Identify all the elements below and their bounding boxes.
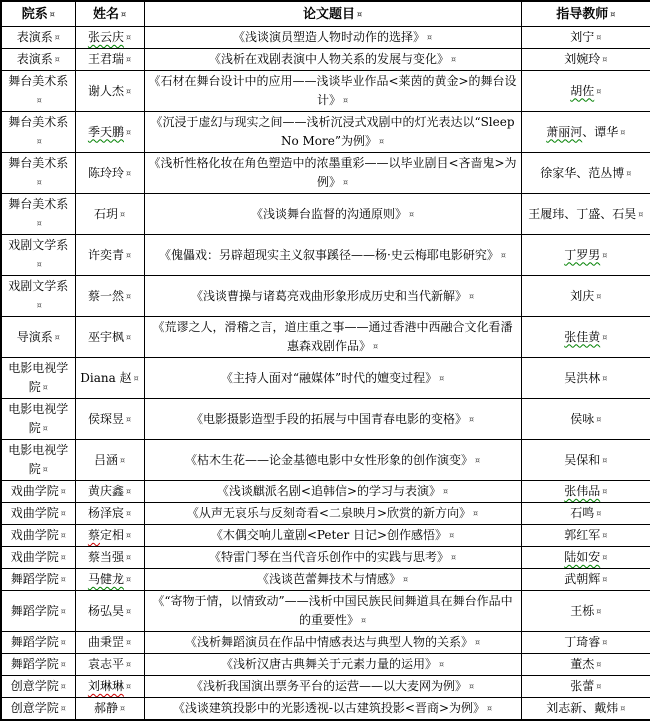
table-row: 舞台美术系谢人杰《石材在舞台设计中的应用——浅谈毕业作品<莱茵的黄金>的舞台设计…: [1, 71, 650, 112]
name-cell: 刘琳琳: [75, 676, 144, 698]
name-cell-text: 袁志平: [88, 657, 131, 671]
advisor-cell: 张佳黄: [521, 317, 650, 358]
advisor-cell-text: 王栎: [570, 604, 601, 618]
advisor-cell: 吴洪林: [521, 358, 650, 399]
advisor-cell: 徐家华、范丛博: [521, 153, 650, 194]
advisor-cell-text: 董杰: [570, 657, 601, 671]
title-cell-text: 《浅谈舞台监督的沟通原则》: [251, 207, 414, 221]
name-cell-text: 马健龙: [88, 572, 131, 586]
name-cell: 石玥: [75, 194, 144, 235]
dept-cell-text: 舞蹈学院: [11, 657, 66, 671]
name-cell: 侯琛昱: [75, 399, 144, 440]
table-row: 创意学院刘琳琳《浅析我国演出票务平台的运营——以大麦网为例》张蕾: [1, 676, 650, 698]
title-cell: 《浅谈芭蕾舞技术与情感》: [144, 569, 521, 591]
spellcheck-red-underline: 蔡: [88, 528, 100, 542]
dept-cell-text: 戏曲学院: [11, 528, 66, 542]
title-cell: 《石材在舞台设计中的应用——浅谈毕业作品<莱茵的黄金>的舞台设计》: [144, 71, 521, 112]
name-cell-text: 王君瑞: [88, 52, 131, 66]
title-cell: 《沉浸于虚幻与现实之间——浅析沉浸式戏剧中的灯光表达以“Sleep No Mor…: [144, 112, 521, 153]
dept-cell-text: 舞台美术系: [8, 74, 68, 107]
advisor-cell: 陆如安: [521, 547, 650, 569]
header-title-label: 论文题目: [303, 7, 362, 22]
advisor-cell-text: 武朝辉: [564, 572, 607, 586]
name-cell-text: 杨泽宸: [88, 506, 131, 520]
dept-cell-text: 舞蹈学院: [11, 572, 66, 586]
spellcheck-green-underline: 张云庆: [88, 30, 124, 44]
header-advisor: 指导教师: [521, 1, 650, 27]
spellcheck-red-underline: 刘琳琳: [88, 679, 124, 693]
title-cell-text: 《浅析性格化妆在角色塑造中的浓墨重彩——以毕业剧目<吝啬鬼>为例》: [148, 156, 516, 189]
title-cell-text: 《木偶交响儿童剧<Peter 日记>创作感悟》: [211, 528, 454, 542]
title-cell-text: 《浅谈麒派名剧<追韩信>的学习与表演》: [217, 484, 448, 498]
name-cell: 谢人杰: [75, 71, 144, 112]
title-cell-text: 《石材在舞台设计中的应用——浅谈毕业作品<莱茵的黄金>的舞台设计》: [148, 74, 516, 107]
dept-cell: 舞蹈学院: [1, 654, 75, 676]
advisor-cell-text: 刘志新、戴炜: [546, 701, 625, 715]
advisor-cell-text: 张伟品: [564, 484, 607, 498]
name-cell-text: Diana 赵: [80, 371, 138, 385]
title-cell: 《荒谬之人，滑稽之言，道庄重之事——通过香港中西融合文化看潘惠森戏剧作品》: [144, 317, 521, 358]
title-cell: 《浅析我国演出票务平台的运营——以大麦网为例》: [144, 676, 521, 698]
name-cell: 季天鹏: [75, 112, 144, 153]
advisor-cell-text: 王履玮、丁盛、石昊: [528, 207, 643, 221]
name-cell-text: 季天鹏: [88, 125, 131, 139]
advisor-cell: 石鸣: [521, 503, 650, 525]
name-cell-text: 石玥: [94, 207, 125, 221]
dept-cell: 戏曲学院: [1, 547, 75, 569]
advisor-cell: 郭红军: [521, 525, 650, 547]
table-row: 舞蹈学院马健龙《浅谈芭蕾舞技术与情感》武朝辉: [1, 569, 650, 591]
title-cell-text: 《浅谈曹操与诸葛亮戏曲形象形成历史和当代新解》: [191, 289, 474, 303]
name-cell: 杨泽宸: [75, 503, 144, 525]
name-cell-text: 刘琳琳: [88, 679, 131, 693]
name-cell: 杨弘昊: [75, 591, 144, 632]
table-row: 戏剧文学系许奕青《傀儡戏：另辟超现实主义叙事蹊径——杨·史云梅耶电影研究》丁罗男: [1, 235, 650, 276]
title-cell: 《“寄物于情，以情致动”——浅析中国民族民间舞道具在舞台作品中的重要性》: [144, 591, 521, 632]
title-cell-text: 《浅析汉唐古典舞关于元素力量的运用》: [221, 657, 444, 671]
name-cell: 巫宇枫: [75, 317, 144, 358]
dept-cell-text: 戏剧文学系: [8, 238, 68, 271]
dept-cell: 舞蹈学院: [1, 591, 75, 632]
dept-cell-text: 表演系: [17, 30, 60, 44]
advisor-cell-text: 丁罗男: [564, 248, 607, 262]
name-cell: 王君瑞: [75, 49, 144, 71]
dept-cell-text: 戏剧文学系: [8, 279, 68, 312]
advisor-cell-text: 张佳黄: [564, 330, 607, 344]
dept-cell: 戏剧文学系: [1, 235, 75, 276]
dept-cell: 导演系: [1, 317, 75, 358]
advisor-cell: 张伟品: [521, 481, 650, 503]
table-row: 表演系张云庆《浅谈演员塑造人物时动作的选择》刘宁: [1, 27, 650, 49]
dept-cell: 戏剧文学系: [1, 276, 75, 317]
advisor-cell-text: 侯咏: [570, 412, 601, 426]
title-cell: 《特雷门琴在当代音乐创作中的实践与思考》: [144, 547, 521, 569]
title-cell: 《傀儡戏：另辟超现实主义叙事蹊径——杨·史云梅耶电影研究》: [144, 235, 521, 276]
header-advisor-label: 指导教师: [556, 7, 615, 22]
title-cell: 《木偶交响儿童剧<Peter 日记>创作感悟》: [144, 525, 521, 547]
title-cell: 《浅析舞蹈演员在作品中情感表达与典型人物的关系》: [144, 632, 521, 654]
advisor-cell: 吴保和: [521, 440, 650, 481]
advisor-cell-text: 刘庆: [570, 289, 601, 303]
header-row: 院系 姓名 论文题目 指导教师: [1, 1, 650, 27]
dept-cell-text: 电影电视学院: [8, 443, 68, 476]
title-cell-text: 《浅谈建筑投影中的光影透视-以古建筑投影<晋商>为例》: [173, 701, 492, 715]
name-cell: 蔡当强: [75, 547, 144, 569]
name-cell: 吕涵: [75, 440, 144, 481]
dept-cell: 电影电视学院: [1, 440, 75, 481]
dept-cell-text: 舞台美术系: [8, 197, 68, 230]
dept-cell-text: 戏曲学院: [11, 484, 66, 498]
advisor-cell: 王履玮、丁盛、石昊: [521, 194, 650, 235]
title-cell: 《浅析在戏剧表演中人物关系的发展与变化》: [144, 49, 521, 71]
title-cell: 《浅谈演员塑造人物时动作的选择》: [144, 27, 521, 49]
table-row: 戏剧文学系蔡一然《浅谈曹操与诸葛亮戏曲形象形成历史和当代新解》刘庆: [1, 276, 650, 317]
table-row: 电影电视学院Diana 赵《主持人面对“融媒体”时代的嬗变过程》吴洪林: [1, 358, 650, 399]
header-name-label: 姓名: [93, 7, 126, 22]
dept-cell-text: 舞蹈学院: [11, 635, 66, 649]
spellcheck-green-underline: 胡佐: [570, 84, 594, 98]
name-cell: 黄庆鑫: [75, 481, 144, 503]
dept-cell: 表演系: [1, 27, 75, 49]
table-row: 舞蹈学院袁志平《浅析汉唐古典舞关于元素力量的运用》董杰: [1, 654, 650, 676]
dept-cell-text: 电影电视学院: [8, 361, 68, 394]
advisor-cell: 刘宁: [521, 27, 650, 49]
title-cell-text: 《浅析舞蹈演员在作品中情感表达与典型人物的关系》: [185, 635, 480, 649]
advisor-cell-text: 丁琦睿: [564, 635, 607, 649]
table-row: 戏曲学院蔡定相《木偶交响儿童剧<Peter 日记>创作感悟》郭红军: [1, 525, 650, 547]
advisor-cell: 丁琦睿: [521, 632, 650, 654]
advisor-cell: 董杰: [521, 654, 650, 676]
title-cell-text: 《电影摄影造型手段的拓展与中国青春电影的变格》: [191, 412, 474, 426]
dept-cell: 舞蹈学院: [1, 569, 75, 591]
title-cell: 《从声无哀乐与反刻奇看<二泉映月>欣赏的新方向》: [144, 503, 521, 525]
title-cell: 《主持人面对“融媒体”时代的嬗变过程》: [144, 358, 521, 399]
title-cell-text: 《荒谬之人，滑稽之言，道庄重之事——通过香港中西融合文化看潘惠森戏剧作品》: [152, 320, 512, 353]
advisor-cell-text: 刘宁: [570, 30, 601, 44]
table-row: 电影电视学院侯琛昱《电影摄影造型手段的拓展与中国青春电影的变格》侯咏: [1, 399, 650, 440]
dept-cell: 电影电视学院: [1, 399, 75, 440]
dept-cell-text: 舞台美术系: [8, 115, 68, 148]
title-cell-text: 《浅析在戏剧表演中人物关系的发展与变化》: [209, 52, 456, 66]
spellcheck-green-underline: 张佳黄: [564, 330, 600, 344]
dept-cell-text: 表演系: [17, 52, 60, 66]
title-cell: 《浅谈建筑投影中的光影透视-以古建筑投影<晋商>为例》: [144, 698, 521, 721]
title-cell-text: 《浅谈演员塑造人物时动作的选择》: [233, 30, 432, 44]
name-cell: 蔡一然: [75, 276, 144, 317]
dept-cell: 戏曲学院: [1, 503, 75, 525]
advisor-cell-text: 徐家华、范丛博: [540, 166, 631, 180]
name-cell-text: 巫宇枫: [88, 330, 131, 344]
advisor-cell-text: 胡佐: [570, 84, 601, 98]
spellcheck-green-underline: 萧丽河: [546, 125, 582, 139]
title-cell-text: 《主持人面对“融媒体”时代的嬗变过程》: [221, 371, 444, 385]
table-row: 舞台美术系季天鹏《沉浸于虚幻与现实之间——浅析沉浸式戏剧中的灯光表达以“Slee…: [1, 112, 650, 153]
advisor-cell-text: 吴洪林: [564, 371, 607, 385]
name-cell: 郝静: [75, 698, 144, 721]
advisor-cell: 萧丽河、谭华: [521, 112, 650, 153]
dept-cell-text: 舞台美术系: [8, 156, 68, 189]
title-cell-text: 《“寄物于情，以情致动”——浅析中国民族民间舞道具在舞台作品中的重要性》: [152, 594, 512, 627]
name-cell-text: 陈玲玲: [88, 166, 131, 180]
dept-cell: 创意学院: [1, 698, 75, 721]
dept-cell: 电影电视学院: [1, 358, 75, 399]
advisor-cell: 刘庆: [521, 276, 650, 317]
advisor-cell: 侯咏: [521, 399, 650, 440]
advisor-cell: 王栎: [521, 591, 650, 632]
name-cell: 陈玲玲: [75, 153, 144, 194]
header-name: 姓名: [75, 1, 144, 27]
advisor-cell-text: 郭红军: [564, 528, 607, 542]
advisor-cell: 丁罗男: [521, 235, 650, 276]
header-dept-label: 院系: [22, 7, 55, 22]
dept-cell: 舞蹈学院: [1, 632, 75, 654]
table-row: 导演系巫宇枫《荒谬之人，滑稽之言，道庄重之事——通过香港中西融合文化看潘惠森戏剧…: [1, 317, 650, 358]
table-row: 表演系王君瑞《浅析在戏剧表演中人物关系的发展与变化》刘婉玲: [1, 49, 650, 71]
advisor-cell: 张蕾: [521, 676, 650, 698]
table-row: 舞蹈学院曲秉罡《浅析舞蹈演员在作品中情感表达与典型人物的关系》丁琦睿: [1, 632, 650, 654]
title-cell-text: 《浅谈芭蕾舞技术与情感》: [257, 572, 408, 586]
title-cell-text: 《枯木生花——论金基德电影中女性形象的创作演变》: [185, 453, 480, 467]
title-cell: 《浅谈曹操与诸葛亮戏曲形象形成历史和当代新解》: [144, 276, 521, 317]
name-cell: 许奕青: [75, 235, 144, 276]
advisor-cell: 武朝辉: [521, 569, 650, 591]
name-cell-text: 许奕青: [88, 248, 131, 262]
spellcheck-green-underline: 张伟品: [564, 484, 600, 498]
table-row: 戏曲学院杨泽宸《从声无哀乐与反刻奇看<二泉映月>欣赏的新方向》石鸣: [1, 503, 650, 525]
name-cell: 袁志平: [75, 654, 144, 676]
table-row: 舞台美术系陈玲玲《浅析性格化妆在角色塑造中的浓墨重彩——以毕业剧目<吝啬鬼>为例…: [1, 153, 650, 194]
name-cell: 张云庆: [75, 27, 144, 49]
dept-cell: 舞台美术系: [1, 194, 75, 235]
advisor-cell: 刘婉玲: [521, 49, 650, 71]
spellcheck-green-underline: 丁罗男: [564, 248, 600, 262]
dept-cell: 戏曲学院: [1, 525, 75, 547]
spellcheck-green-underline: 季天鹏: [88, 125, 124, 139]
dept-cell-text: 电影电视学院: [8, 402, 68, 435]
dept-cell: 戏曲学院: [1, 481, 75, 503]
name-cell-text: 郝静: [94, 701, 125, 715]
advisor-cell-text: 萧丽河、谭华: [546, 125, 625, 139]
advisor-cell: 刘志新、戴炜: [521, 698, 650, 721]
dept-cell: 创意学院: [1, 676, 75, 698]
advisor-cell-text: 刘婉玲: [564, 52, 607, 66]
table-row: 舞蹈学院杨弘昊《“寄物于情，以情致动”——浅析中国民族民间舞道具在舞台作品中的重…: [1, 591, 650, 632]
spellcheck-green-underline: 马健龙: [88, 572, 124, 586]
dept-cell-text: 舞蹈学院: [11, 604, 66, 618]
dept-cell-text: 戏曲学院: [11, 506, 66, 520]
dept-cell: 舞台美术系: [1, 153, 75, 194]
name-cell-text: 杨弘昊: [88, 604, 131, 618]
dept-cell-text: 创意学院: [11, 679, 66, 693]
name-cell: 马健龙: [75, 569, 144, 591]
title-cell-text: 《傀儡戏：另辟超现实主义叙事蹊径——杨·史云梅耶电影研究》: [159, 248, 506, 262]
name-cell-text: 曲秉罡: [88, 635, 131, 649]
table-header: 院系 姓名 论文题目 指导教师: [1, 1, 650, 27]
title-cell-text: 《从声无哀乐与反刻奇看<二泉映月>欣赏的新方向》: [187, 506, 478, 520]
name-cell-text: 黄庆鑫: [88, 484, 131, 498]
title-cell: 《浅谈麒派名剧<追韩信>的学习与表演》: [144, 481, 521, 503]
dept-cell-text: 导演系: [17, 330, 60, 344]
advisor-cell-text: 张蕾: [570, 679, 601, 693]
dept-cell: 舞台美术系: [1, 112, 75, 153]
dept-cell: 舞台美术系: [1, 71, 75, 112]
dept-cell-text: 创意学院: [11, 701, 66, 715]
title-cell: 《电影摄影造型手段的拓展与中国青春电影的变格》: [144, 399, 521, 440]
title-cell: 《浅析性格化妆在角色塑造中的浓墨重彩——以毕业剧目<吝啬鬼>为例》: [144, 153, 521, 194]
title-cell: 《浅谈舞台监督的沟通原则》: [144, 194, 521, 235]
table-row: 电影电视学院吕涵《枯木生花——论金基德电影中女性形象的创作演变》吴保和: [1, 440, 650, 481]
name-cell-text: 张云庆: [88, 30, 131, 44]
thesis-table: 院系 姓名 论文题目 指导教师 表演系张云庆《浅谈演员塑造人物时动作的选择》刘宁…: [0, 0, 650, 721]
title-cell-text: 《特雷门琴在当代音乐创作中的实践与思考》: [209, 550, 456, 564]
name-cell: 曲秉罡: [75, 632, 144, 654]
name-cell-text: 侯琛昱: [88, 412, 131, 426]
name-cell: Diana 赵: [75, 358, 144, 399]
table-row: 戏曲学院蔡当强《特雷门琴在当代音乐创作中的实践与思考》陆如安: [1, 547, 650, 569]
title-cell: 《浅析汉唐古典舞关于元素力量的运用》: [144, 654, 521, 676]
name-cell-text: 谢人杰: [88, 84, 131, 98]
table-row: 舞台美术系石玥《浅谈舞台监督的沟通原则》王履玮、丁盛、石昊: [1, 194, 650, 235]
header-title: 论文题目: [144, 1, 521, 27]
spellcheck-green-underline: 陆如安: [564, 550, 600, 564]
table-row: 戏曲学院黄庆鑫《浅谈麒派名剧<追韩信>的学习与表演》张伟品: [1, 481, 650, 503]
dept-cell: 表演系: [1, 49, 75, 71]
title-cell-text: 《浅析我国演出票务平台的运营——以大麦网为例》: [191, 679, 474, 693]
advisor-cell-text: 吴保和: [564, 453, 607, 467]
advisor-cell-text: 石鸣: [570, 506, 601, 520]
title-cell: 《枯木生花——论金基德电影中女性形象的创作演变》: [144, 440, 521, 481]
name-cell-text: 吕涵: [94, 453, 125, 467]
name-cell-text: 蔡一然: [88, 289, 131, 303]
title-cell-text: 《沉浸于虚幻与现实之间——浅析沉浸式戏剧中的灯光表达以“Sleep No Mor…: [150, 115, 514, 148]
name-cell: 蔡定相: [75, 525, 144, 547]
dept-cell-text: 戏曲学院: [11, 550, 66, 564]
advisor-cell-text: 陆如安: [564, 550, 607, 564]
header-dept: 院系: [1, 1, 75, 27]
advisor-cell: 胡佐: [521, 71, 650, 112]
name-cell-text: 蔡当强: [88, 550, 131, 564]
name-cell-text: 蔡定相: [88, 528, 131, 542]
table-body: 表演系张云庆《浅谈演员塑造人物时动作的选择》刘宁表演系王君瑞《浅析在戏剧表演中人…: [1, 27, 650, 721]
table-row: 创意学院郝静《浅谈建筑投影中的光影透视-以古建筑投影<晋商>为例》刘志新、戴炜: [1, 698, 650, 721]
